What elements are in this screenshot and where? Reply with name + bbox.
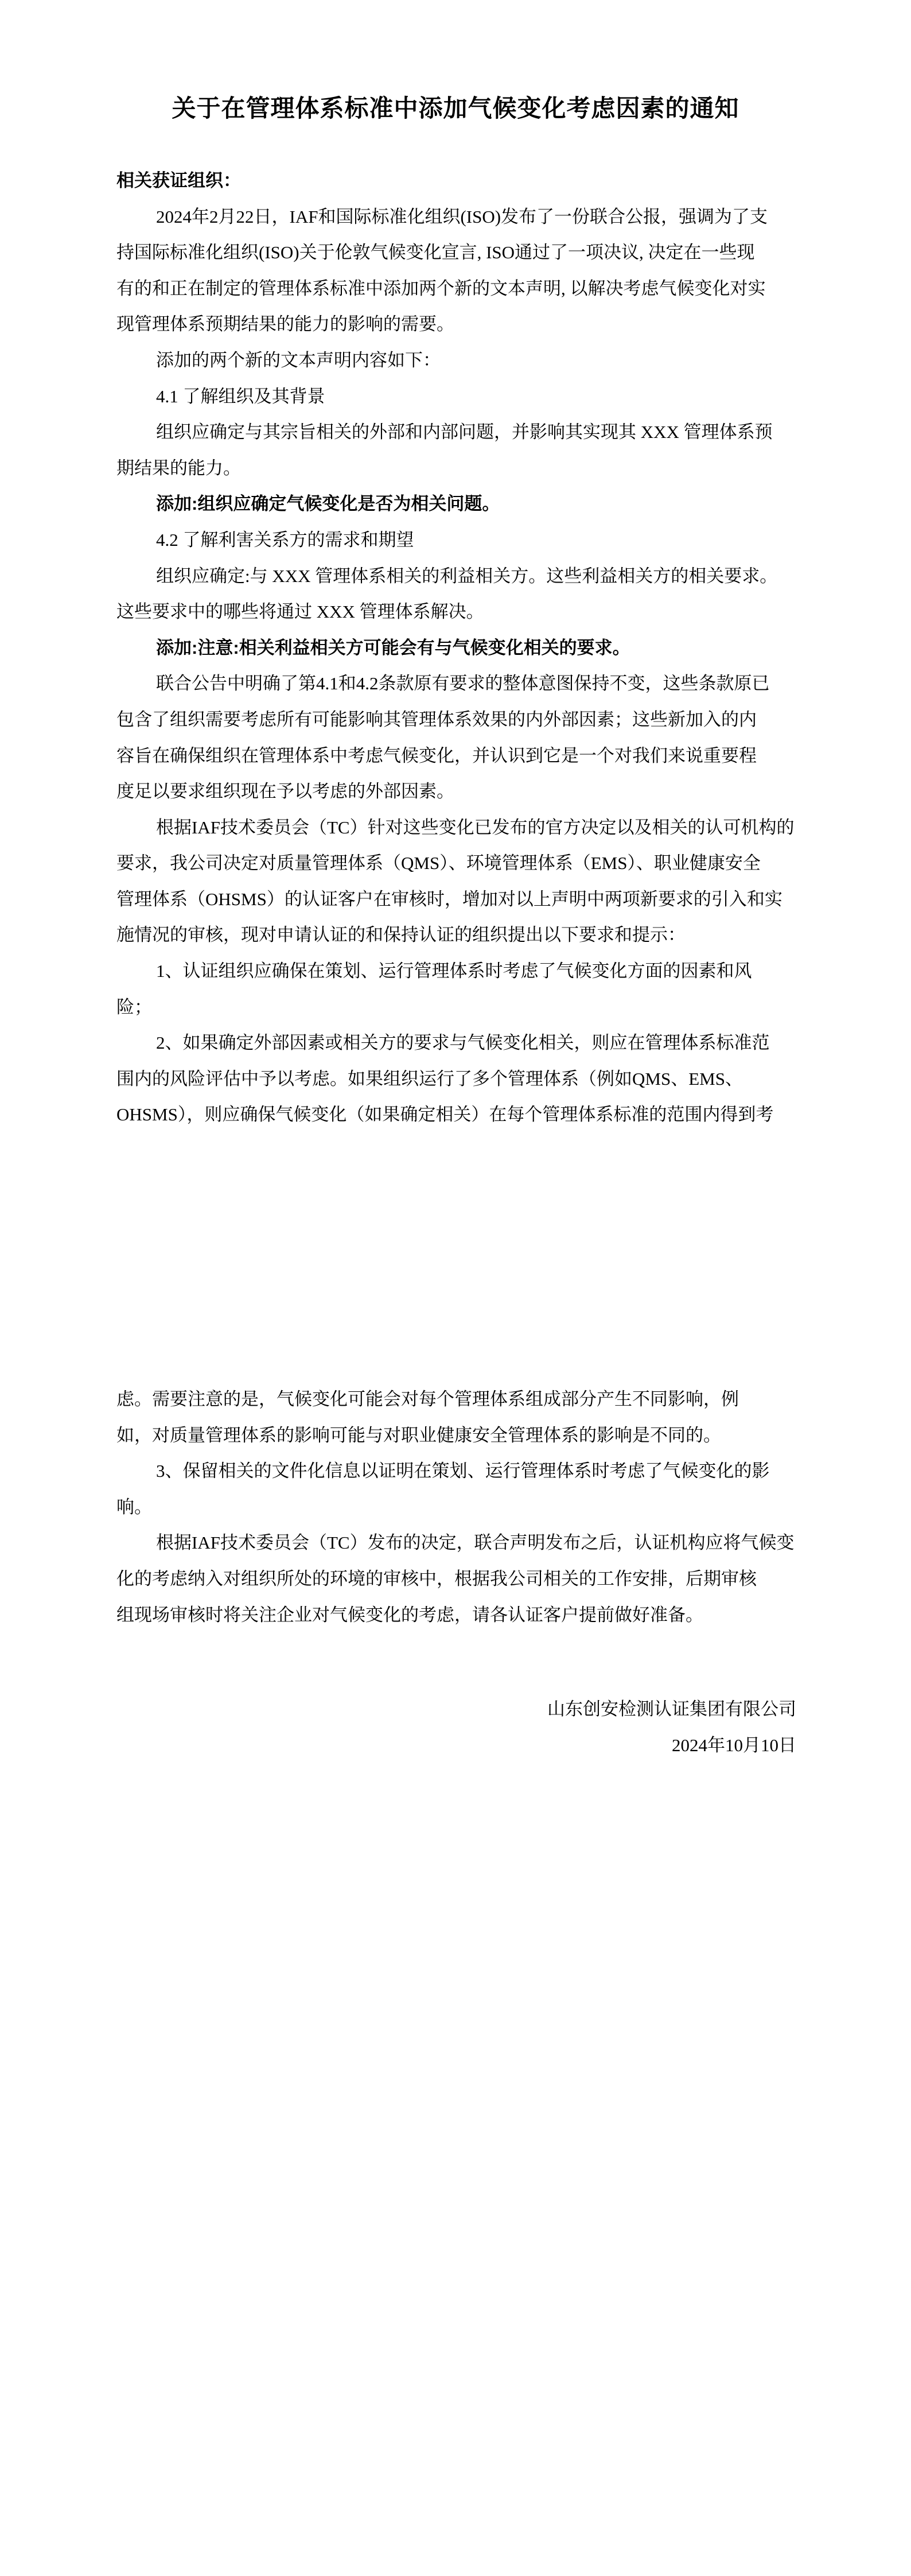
text-line: 组织应确定与其宗旨相关的外部和内部问题，并影响其实现其 XXX 管理体系预 bbox=[116, 414, 796, 451]
clause-heading-4-2: 4.2 了解利害关系方的需求和期望 bbox=[116, 522, 796, 558]
text-line: 要求，我公司决定对质量管理体系（QMS）、环境管理体系（EMS）、职业健康安全 bbox=[116, 845, 796, 882]
signature-block: 山东创安检测认证集团有限公司 2024年10月10日 bbox=[0, 1692, 911, 1763]
text-line: 添加的两个新的文本声明内容如下： bbox=[116, 343, 796, 379]
added-statement-line: 添加:组织应确定气候变化是否为相关问题。 bbox=[116, 486, 796, 522]
signature-company: 山东创安检测认证集团有限公司 bbox=[116, 1692, 796, 1728]
text-line: OHSMS），则应确保气候变化（如果确定相关）在每个管理体系标准的范围内得到考 bbox=[116, 1097, 796, 1133]
text-line: 响。 bbox=[116, 1489, 796, 1526]
text-line: 根据IAF技术委员会（TC）针对这些变化已发布的官方决定以及相关的认可机构的 bbox=[116, 810, 796, 846]
text-line: 根据IAF技术委员会（TC）发布的决定，联合声明发布之后，认证机构应将气候变 bbox=[116, 1525, 796, 1561]
text-line: 现管理体系预期结果的能力的影响的需要。 bbox=[116, 307, 796, 343]
salutation-line: 相关获证组织： bbox=[116, 163, 796, 199]
text-line: 这些要求中的哪些将通过 XXX 管理体系解决。 bbox=[116, 594, 796, 630]
document-title: 关于在管理体系标准中添加气候变化考虑因素的通知 bbox=[0, 91, 911, 126]
list-item-2-line: 2、如果确定外部因素或相关方的要求与气候变化相关，则应在管理体系标准范 bbox=[116, 1025, 796, 1061]
text-line: 管理体系（OHSMS）的认证客户在审核时，增加对以上声明中两项新要求的引入和实 bbox=[116, 882, 796, 918]
text-line: 如，对质量管理体系的影响可能与对职业健康安全管理体系的影响是不同的。 bbox=[116, 1418, 796, 1454]
text-line: 包含了组织需要考虑所有可能影响其管理体系效果的内外部因素；这些新加入的内 bbox=[116, 702, 796, 738]
added-statement-line: 添加:注意:相关利益相关方可能会有与气候变化相关的要求。 bbox=[116, 630, 796, 666]
text-line: 险； bbox=[116, 990, 796, 1026]
list-item-3-line: 3、保留相关的文件化信息以证明在策划、运行管理体系时考虑了气候变化的影 bbox=[116, 1453, 796, 1489]
text-line: 容旨在确保组织在管理体系中考虑气候变化，并认识到它是一个对我们来说重要程 bbox=[116, 738, 796, 774]
text-line: 化的考虑纳入对组织所处的环境的审核中，根据我公司相关的工作安排，后期审核 bbox=[116, 1561, 796, 1597]
list-item-1-line: 1、认证组织应确保在策划、运行管理体系时考虑了气候变化方面的因素和风 bbox=[116, 953, 796, 990]
text-line: 持国际标准化组织(ISO)关于伦敦气候变化宣言, ISO通过了一项决议, 决定在… bbox=[116, 235, 796, 271]
text-line: 有的和正在制定的管理体系标准中添加两个新的文本声明, 以解决考虑气候变化对实 bbox=[116, 271, 796, 307]
page1-text-block: 相关获证组织： 2024年2月22日，IAF和国际标准化组织(ISO)发布了一份… bbox=[0, 163, 911, 1133]
text-line: 联合公告中明确了第4.1和4.2条款原有要求的整体意图保持不变，这些条款原已 bbox=[116, 666, 796, 702]
text-line: 虑。需要注意的是，气候变化可能会对每个管理体系组成部分产生不同影响，例 bbox=[116, 1382, 796, 1418]
text-line: 期结果的能力。 bbox=[116, 451, 796, 487]
text-line: 组现场审核时将关注企业对气候变化的考虑，请各认证客户提前做好准备。 bbox=[116, 1597, 796, 1634]
page2-text-block: 虑。需要注意的是，气候变化可能会对每个管理体系组成部分产生不同影响，例 如，对质… bbox=[0, 1382, 911, 1633]
text-line: 围内的风险评估中予以考虑。如果组织运行了多个管理体系（例如QMS、EMS、 bbox=[116, 1061, 796, 1097]
text-line: 度足以要求组织现在予以考虑的外部因素。 bbox=[116, 774, 796, 810]
signature-date: 2024年10月10日 bbox=[116, 1728, 796, 1764]
clause-heading-4-1: 4.1 了解组织及其背景 bbox=[116, 379, 796, 415]
text-line: 组织应确定:与 XXX 管理体系相关的利益相关方。这些利益相关方的相关要求。 bbox=[116, 558, 796, 595]
text-line: 施情况的审核，现对申请认证的和保持认证的组织提出以下要求和提示： bbox=[116, 917, 796, 953]
text-line: 2024年2月22日，IAF和国际标准化组织(ISO)发布了一份联合公报，强调为… bbox=[116, 199, 796, 235]
